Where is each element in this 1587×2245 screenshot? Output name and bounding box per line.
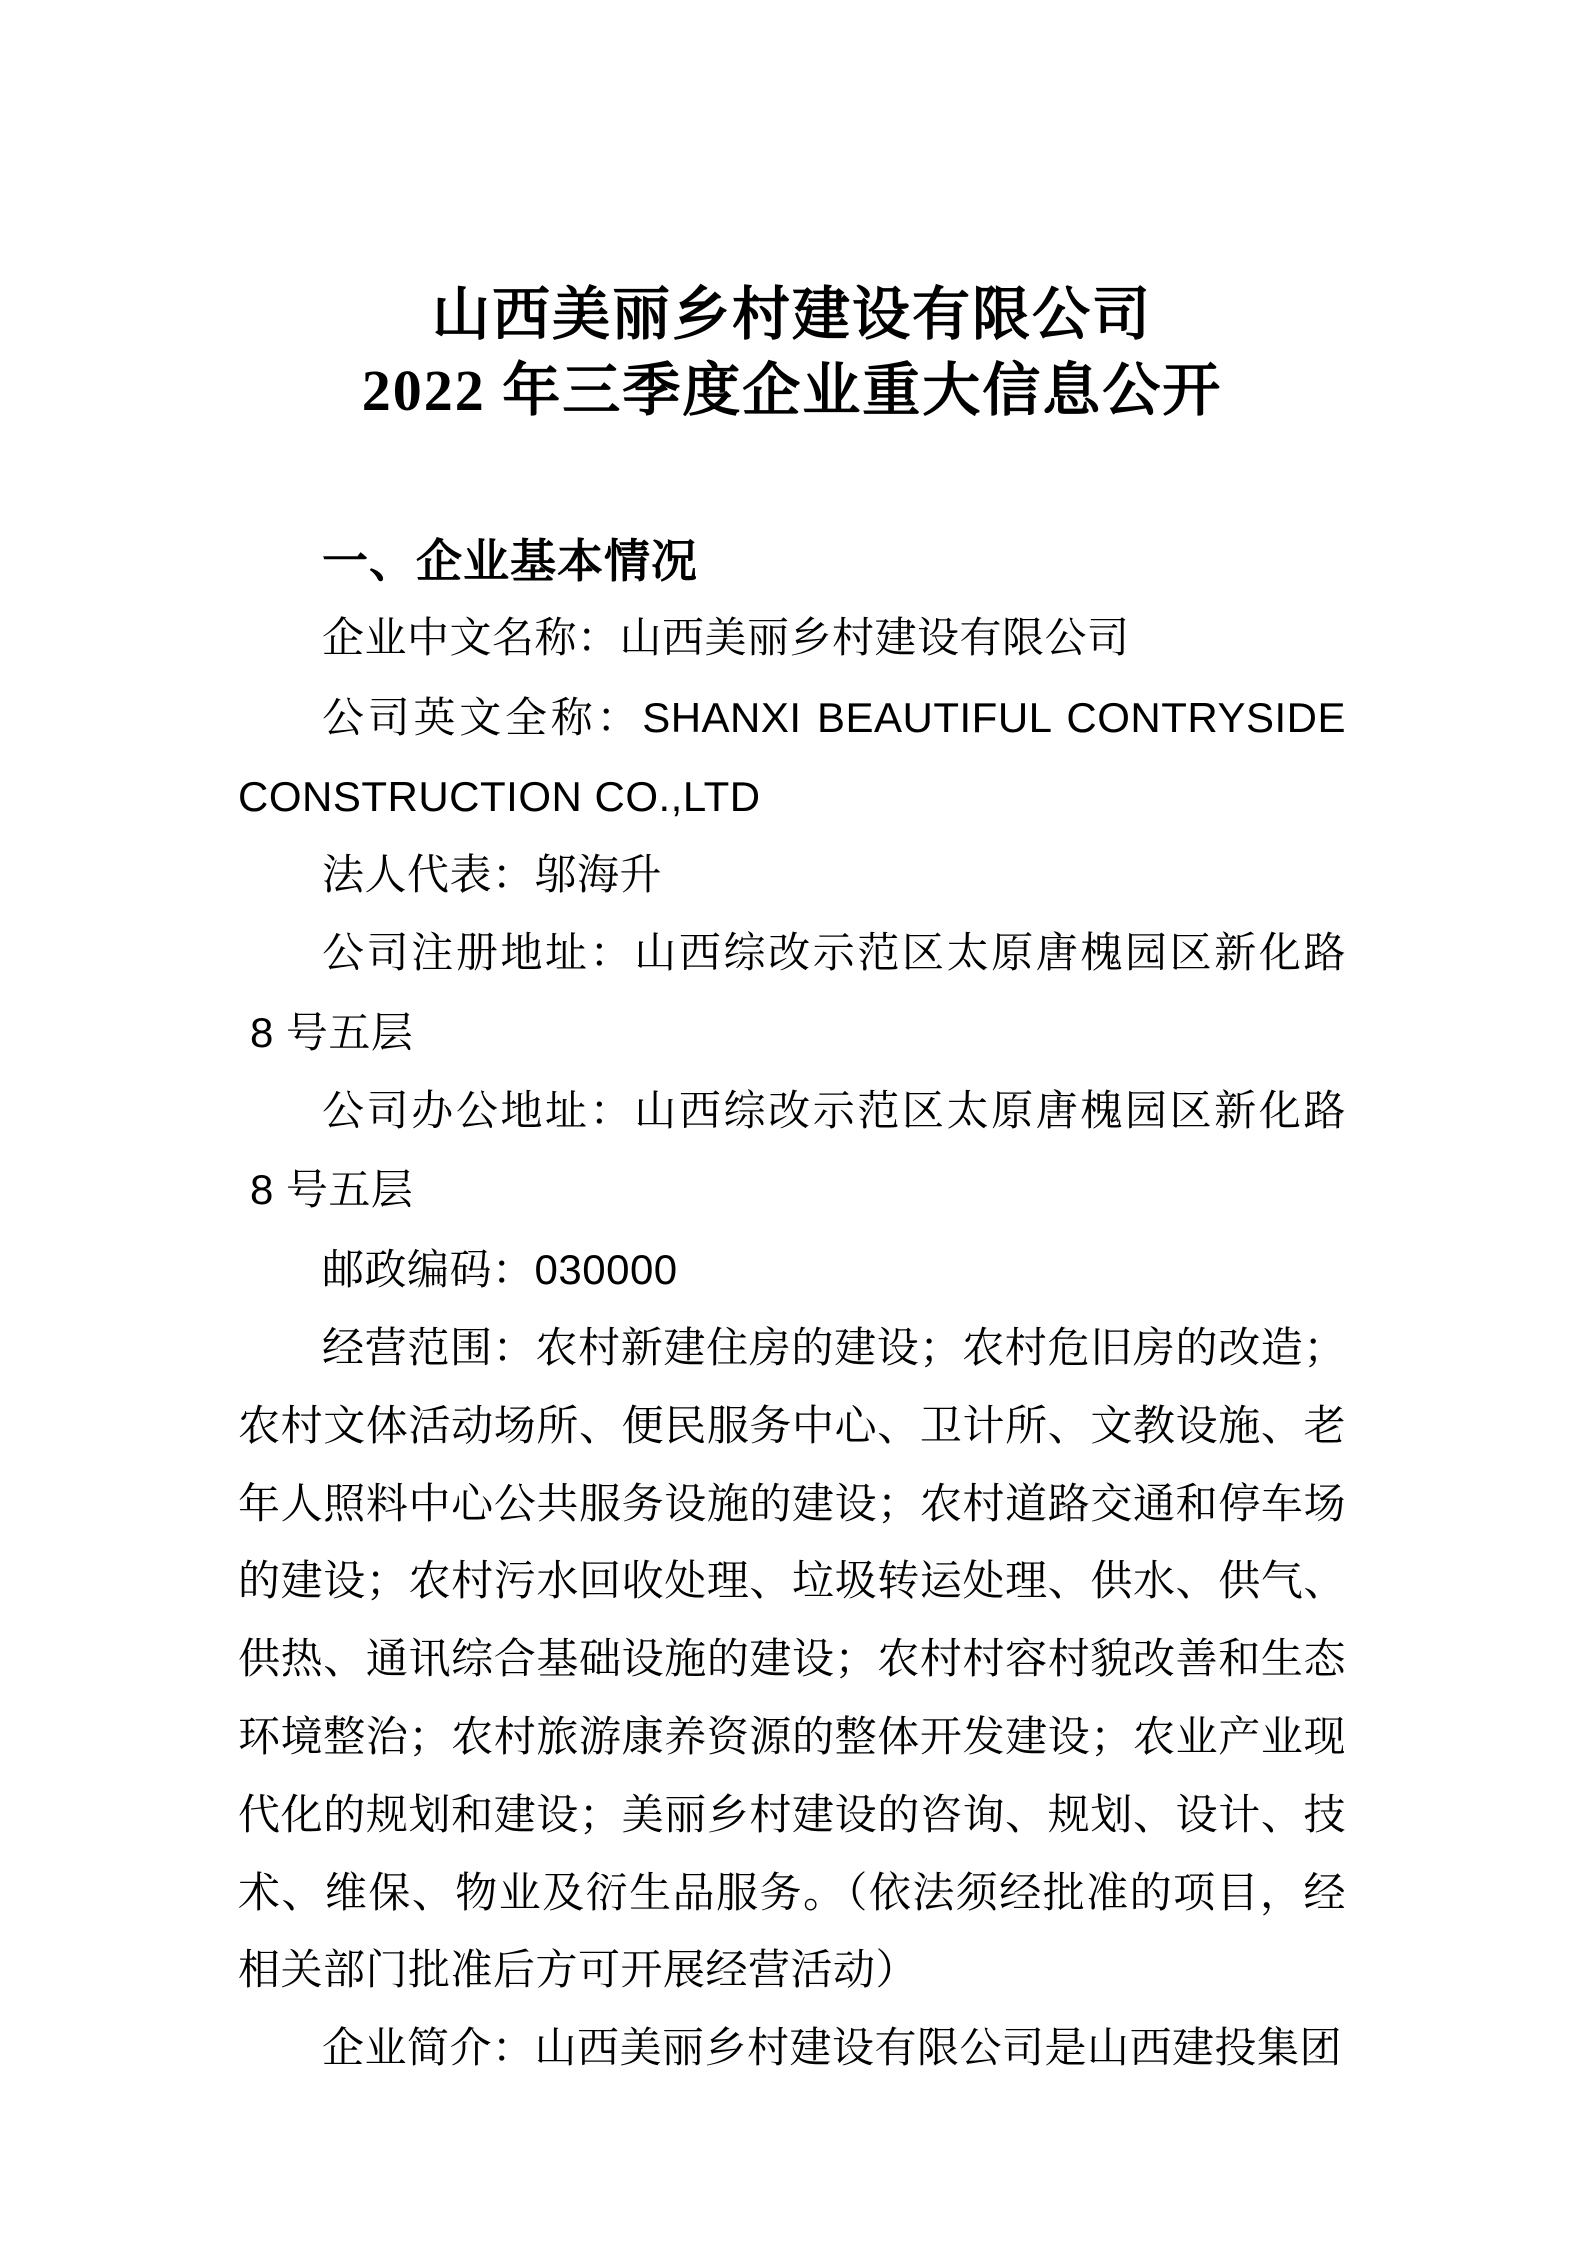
office-address-value-part2: 号五层 bbox=[286, 1168, 414, 1214]
postal-code-value: 030000 bbox=[535, 1246, 678, 1293]
para-legal-representative: 法人代表：邬海升 bbox=[238, 838, 1346, 916]
document-title-line-2: 2022 年三季度企业重大信息公开 bbox=[238, 353, 1346, 429]
para-registered-address: 公司注册地址：山西综改示范区太原唐槐园区新化路8号五层 bbox=[238, 916, 1346, 1074]
para-business-scope: 经营范围：农村新建住房的建设；农村危旧房的改造；农村文体活动场所、便民服务中心、… bbox=[238, 1311, 1346, 2011]
legal-representative-value: 邬海升 bbox=[535, 853, 663, 899]
section-heading-basic-info: 一、企业基本情况 bbox=[238, 523, 1346, 601]
registered-address-label: 公司注册地址： bbox=[322, 931, 634, 977]
para-company-profile: 企业简介：山西美丽乡村建设有限公司是山西建投集团 bbox=[238, 2011, 1346, 2089]
registered-address-value-part2: 号五层 bbox=[286, 1011, 414, 1057]
document-title: 山西美丽乡村建设有限公司 2022 年三季度企业重大信息公开 bbox=[238, 0, 1346, 429]
legal-representative-label: 法人代表： bbox=[322, 853, 535, 899]
business-scope-label: 经营范围： bbox=[322, 1326, 535, 1372]
para-english-name: 公司英文全称：SHANXI BEAUTIFUL CONTRYSIDE CONST… bbox=[238, 679, 1346, 839]
office-address-label: 公司办公地址： bbox=[322, 1089, 634, 1135]
postal-code-label: 邮政编码： bbox=[322, 1248, 535, 1294]
document-page: 山西美丽乡村建设有限公司 2022 年三季度企业重大信息公开 一、企业基本情况 … bbox=[0, 0, 1587, 2245]
business-scope-value: 农村新建住房的建设；农村危旧房的改造；农村文体活动场所、便民服务中心、卫计所、文… bbox=[238, 1326, 1346, 1994]
document-title-line-1: 山西美丽乡村建设有限公司 bbox=[238, 277, 1346, 353]
registered-address-street-number: 8 bbox=[250, 1009, 274, 1056]
company-profile-value: 山西美丽乡村建设有限公司是山西建投集团 bbox=[535, 2026, 1343, 2072]
para-chinese-name: 企业中文名称：山西美丽乡村建设有限公司 bbox=[238, 601, 1346, 679]
chinese-name-value: 山西美丽乡村建设有限公司 bbox=[620, 616, 1130, 662]
company-profile-label: 企业简介： bbox=[322, 2026, 535, 2072]
para-office-address: 公司办公地址：山西综改示范区太原唐槐园区新化路8号五层 bbox=[238, 1074, 1346, 1232]
office-address-street-number: 8 bbox=[250, 1166, 274, 1213]
chinese-name-label: 企业中文名称： bbox=[322, 616, 620, 662]
english-name-label: 公司英文全称： bbox=[322, 696, 642, 742]
para-postal-code: 邮政编码：030000 bbox=[238, 1231, 1346, 1311]
office-address-value-part1: 山西综改示范区太原唐槐园区新化路 bbox=[634, 1089, 1346, 1135]
registered-address-value-part1: 山西综改示范区太原唐槐园区新化路 bbox=[634, 931, 1346, 977]
page-content: 山西美丽乡村建设有限公司 2022 年三季度企业重大信息公开 一、企业基本情况 … bbox=[238, 0, 1346, 2089]
